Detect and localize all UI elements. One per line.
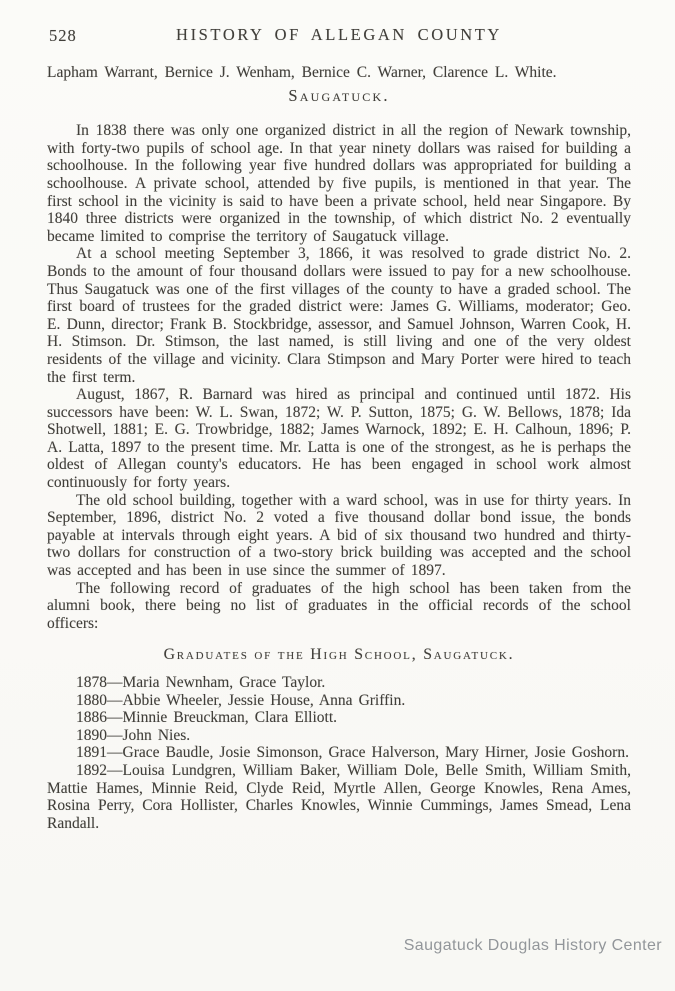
paragraph-principals: August, 1867, R. Barnard was hired as pr… [47, 386, 631, 492]
scanned-book-page: 528 HISTORY OF ALLEGAN COUNTY Lapham War… [0, 0, 675, 991]
graduates-entry-1878: 1878—Maria Newnham, Grace Taylor. [47, 674, 631, 692]
year-dash: — [107, 727, 123, 744]
paragraph-alumni-record: The following record of graduates of the… [47, 580, 631, 633]
graduate-names: Minnie Breuckman, Clara Elliott. [123, 709, 338, 726]
paragraph-school-meeting-1866: At a school meeting September 3, 1866, i… [47, 245, 631, 386]
section-heading-saugatuck: Saugatuck. [47, 87, 631, 105]
graduates-entry-1891: 1891—Grace Baudle, Josie Simonson, Grace… [47, 744, 631, 762]
year-dash: — [107, 762, 123, 779]
running-title: HISTORY OF ALLEGAN COUNTY [176, 25, 502, 44]
graduate-names: Grace Baudle, Josie Simonson, Grace Halv… [123, 744, 629, 761]
graduation-year: 1890 [76, 727, 107, 744]
graduates-entry-1890: 1890—John Nies. [47, 727, 631, 745]
graduate-names: Louisa Lundgren, William Baker, William … [47, 762, 631, 832]
graduates-list: 1878—Maria Newnham, Grace Taylor. 1880—A… [47, 674, 631, 832]
graduates-entry-1892: 1892—Louisa Lundgren, William Baker, Wil… [47, 762, 631, 832]
graduation-year: 1892 [76, 762, 107, 779]
paragraph-school-building: The old school building, together with a… [47, 492, 631, 580]
continuation-paragraph: Lapham Warrant, Bernice J. Wenham, Berni… [47, 64, 631, 82]
graduation-year: 1886 [76, 709, 107, 726]
page-number: 528 [49, 27, 77, 45]
graduate-names: John Nies. [123, 727, 191, 744]
year-dash: — [107, 744, 123, 761]
year-dash: — [107, 674, 123, 691]
graduates-entry-1880: 1880—Abbie Wheeler, Jessie House, Anna G… [47, 692, 631, 710]
year-dash: — [107, 709, 123, 726]
graduation-year: 1891 [76, 744, 107, 761]
graduation-year: 1878 [76, 674, 107, 691]
graduation-year: 1880 [76, 692, 107, 709]
page-header: 528 HISTORY OF ALLEGAN COUNTY [47, 26, 631, 48]
paragraph-district-1838: In 1838 there was only one organized dis… [47, 122, 631, 245]
subsection-heading-graduates: Graduates of the High School, Saugatuck. [47, 646, 631, 664]
watermark-saugatuck-douglas-history-center: Saugatuck Douglas History Center [404, 937, 662, 955]
graduate-names: Maria Newnham, Grace Taylor. [123, 674, 326, 691]
graduates-entry-1886: 1886—Minnie Breuckman, Clara Elliott. [47, 709, 631, 727]
year-dash: — [107, 692, 123, 709]
graduate-names: Abbie Wheeler, Jessie House, Anna Griffi… [123, 692, 406, 709]
